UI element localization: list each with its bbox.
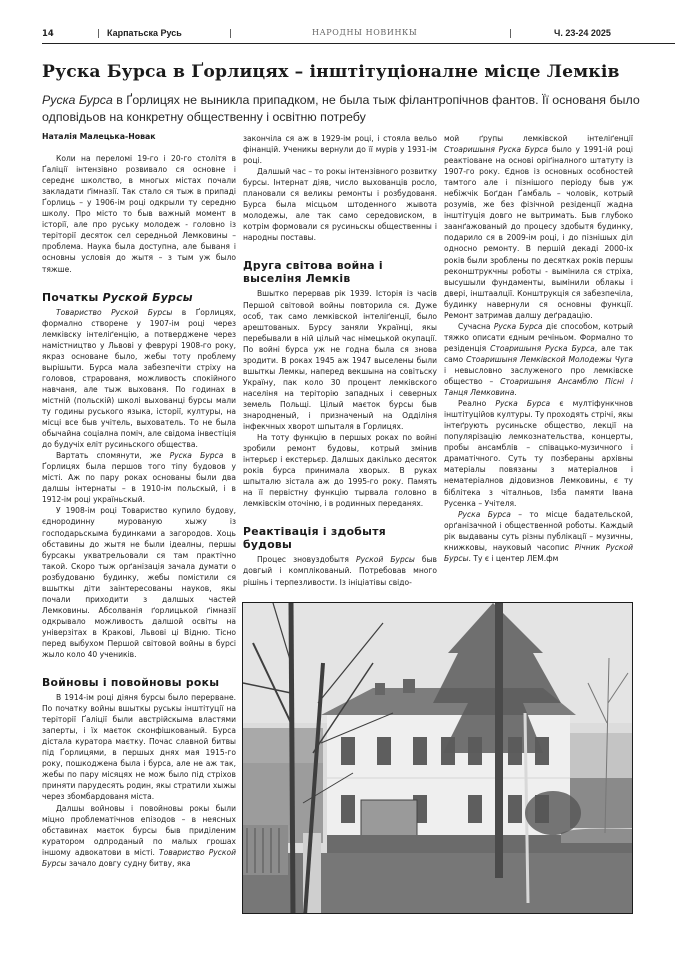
article-title: Руска Бурса в Ґорлицях – інштітуціоналне… — [42, 62, 662, 82]
paragraph: Вшытко перервав рік 1939. Історія із час… — [243, 288, 437, 432]
article-column-2: закончіла ся аж в 1929-ім році, і стояла… — [243, 133, 437, 588]
section-heading: Початкы Руской Бурсы — [42, 291, 236, 304]
author-byline: Наталія Малецька-Новак — [42, 131, 236, 142]
header-separator: | — [509, 28, 512, 38]
section-heading: Друга світова война і выселіня Лемків — [243, 259, 437, 285]
paragraph: В 1914-ім році діяня бурсы было перерван… — [42, 692, 236, 802]
paragraph: Вартать спомянути, же Руска Бурса в Ґорл… — [42, 450, 236, 505]
section-heading: Войновы і повойновы рокы — [42, 676, 236, 689]
paragraph: Реално Руска Бурса є мултіфункчнов іншті… — [444, 398, 633, 508]
paragraph: Далшый час – то рокы інтензівного розвит… — [243, 166, 437, 243]
article-lead: Руска Бурса в Ґорлицях не выникла припад… — [42, 92, 642, 126]
paragraph: Товариство Руской Бурсы в Ґорлицях, форм… — [42, 307, 236, 451]
lead-text: в Ґорлицях не выникла припадком, не была… — [42, 93, 640, 124]
lead-italic: Руска Бурса — [42, 93, 113, 107]
paragraph: Процес зновуздобытя Руской Бурсы быв дов… — [243, 554, 437, 587]
paragraph-continued: закончіла ся аж в 1929-ім році, і стояла… — [243, 133, 437, 166]
section-name: НАРОДНЫ НОВИНКЫ — [312, 28, 417, 37]
paragraph: Руска Бурса – то місце бадательской, орґ… — [444, 509, 633, 564]
paragraph: У 1908-ім році Товариство купило будову,… — [42, 505, 236, 660]
paragraph: Сучасна Руска Бурса діє способом, котрый… — [444, 321, 633, 398]
header-separator: | — [229, 28, 232, 38]
paragraph: Коли на переломі 19-го і 20-го столітя в… — [42, 153, 236, 275]
building-photo — [242, 602, 633, 914]
publication-name: Карпатьска Русь — [107, 28, 182, 38]
page-header: 14 | Карпатьска Русь | НАРОДНЫ НОВИНКЫ |… — [42, 22, 675, 44]
article-column-3: мой ґрупы лемківской інтеліґенції Стоари… — [444, 133, 633, 564]
page-number: 14 — [42, 28, 54, 38]
building-photo-image — [243, 603, 633, 914]
paragraph: Далшы войновы і повойновы рокы были міцн… — [42, 803, 236, 869]
issue-number: Ч. 23-24 2025 — [554, 28, 611, 38]
section-heading: Реактівація і здобытя будовы — [243, 525, 437, 551]
paragraph: На тоту функцію в першых роках по войні … — [243, 432, 437, 509]
header-separator: | — [97, 28, 100, 38]
article-column-1: Наталія Малецька-Новак Коли на переломі … — [42, 131, 236, 869]
paragraph-continued: мой ґрупы лемківской інтеліґенції Стоари… — [444, 133, 633, 321]
